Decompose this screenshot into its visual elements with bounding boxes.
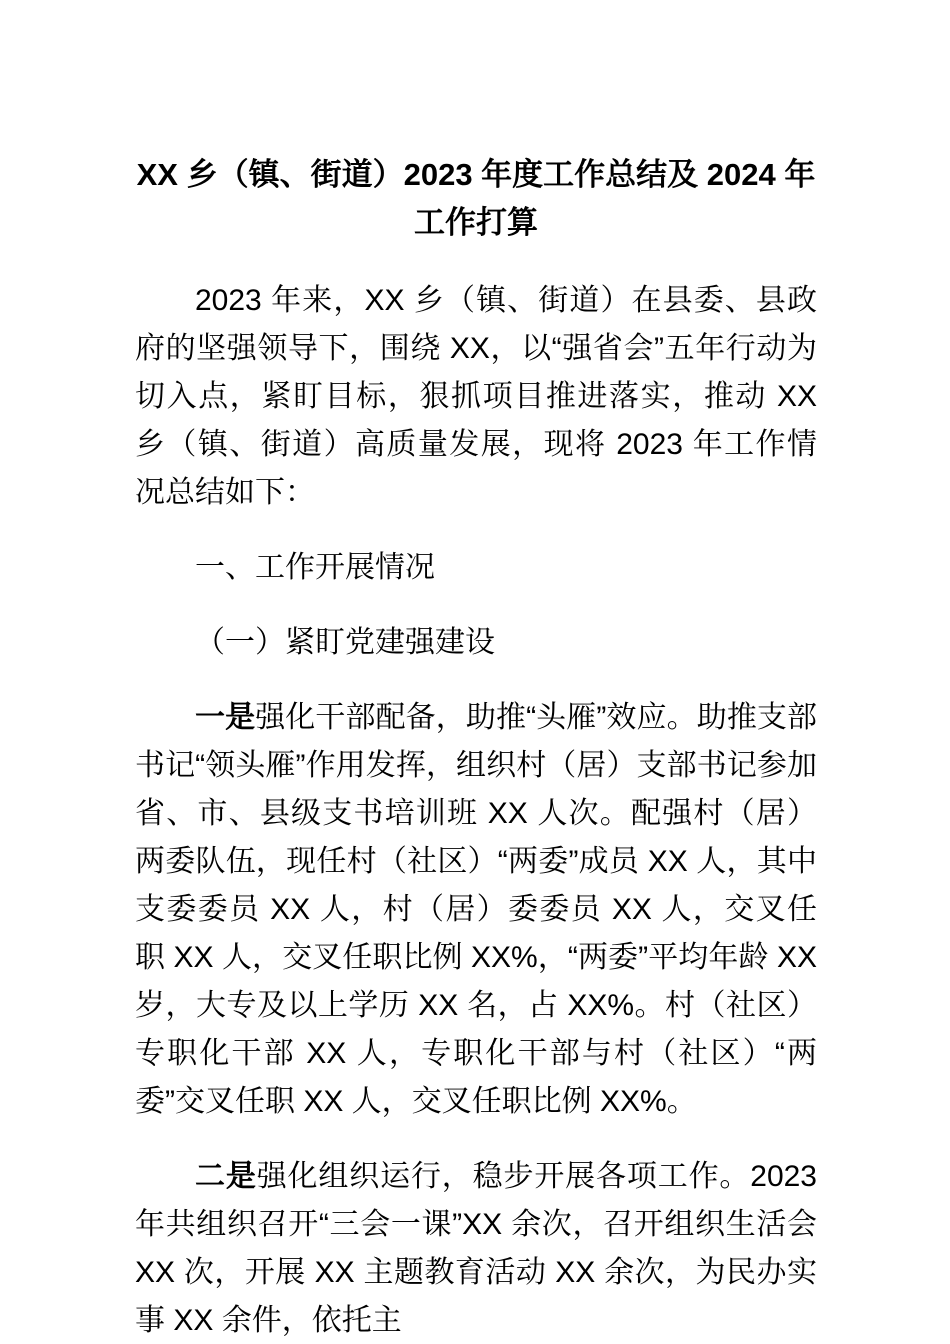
document-content: XX 乡（镇、街道）2023 年度工作总结及 2024 年工作打算 2023 年…	[0, 0, 950, 1344]
intro-paragraph: 2023 年来，XX 乡（镇、街道）在县委、县政府的坚强领导下，围绕 XX，以“…	[135, 277, 817, 517]
point-2-paragraph: 二是强化组织运行，稳步开展各项工作。2023 年共组织召开“三会一课”XX 余次…	[135, 1153, 817, 1344]
point-2-lead: 二是	[195, 1160, 257, 1193]
point-1-paragraph: 一是强化干部配备，助推“头雁”效应。助推支部书记“领头雁”作用发挥，组织村（居）…	[135, 694, 817, 1126]
section-1-1-heading: （一）紧盯党建强建设	[135, 619, 817, 667]
point-1-text: 强化干部配备，助推“头雁”效应。助推支部书记“领头雁”作用发挥，组织村（居）支部…	[135, 701, 817, 1118]
section-1-heading: 一、工作开展情况	[135, 544, 817, 592]
document-title: XX 乡（镇、街道）2023 年度工作总结及 2024 年工作打算	[135, 151, 817, 247]
point-1-lead: 一是	[195, 701, 255, 734]
document-page: XX 乡（镇、街道）2023 年度工作总结及 2024 年工作打算 2023 年…	[0, 0, 950, 1344]
